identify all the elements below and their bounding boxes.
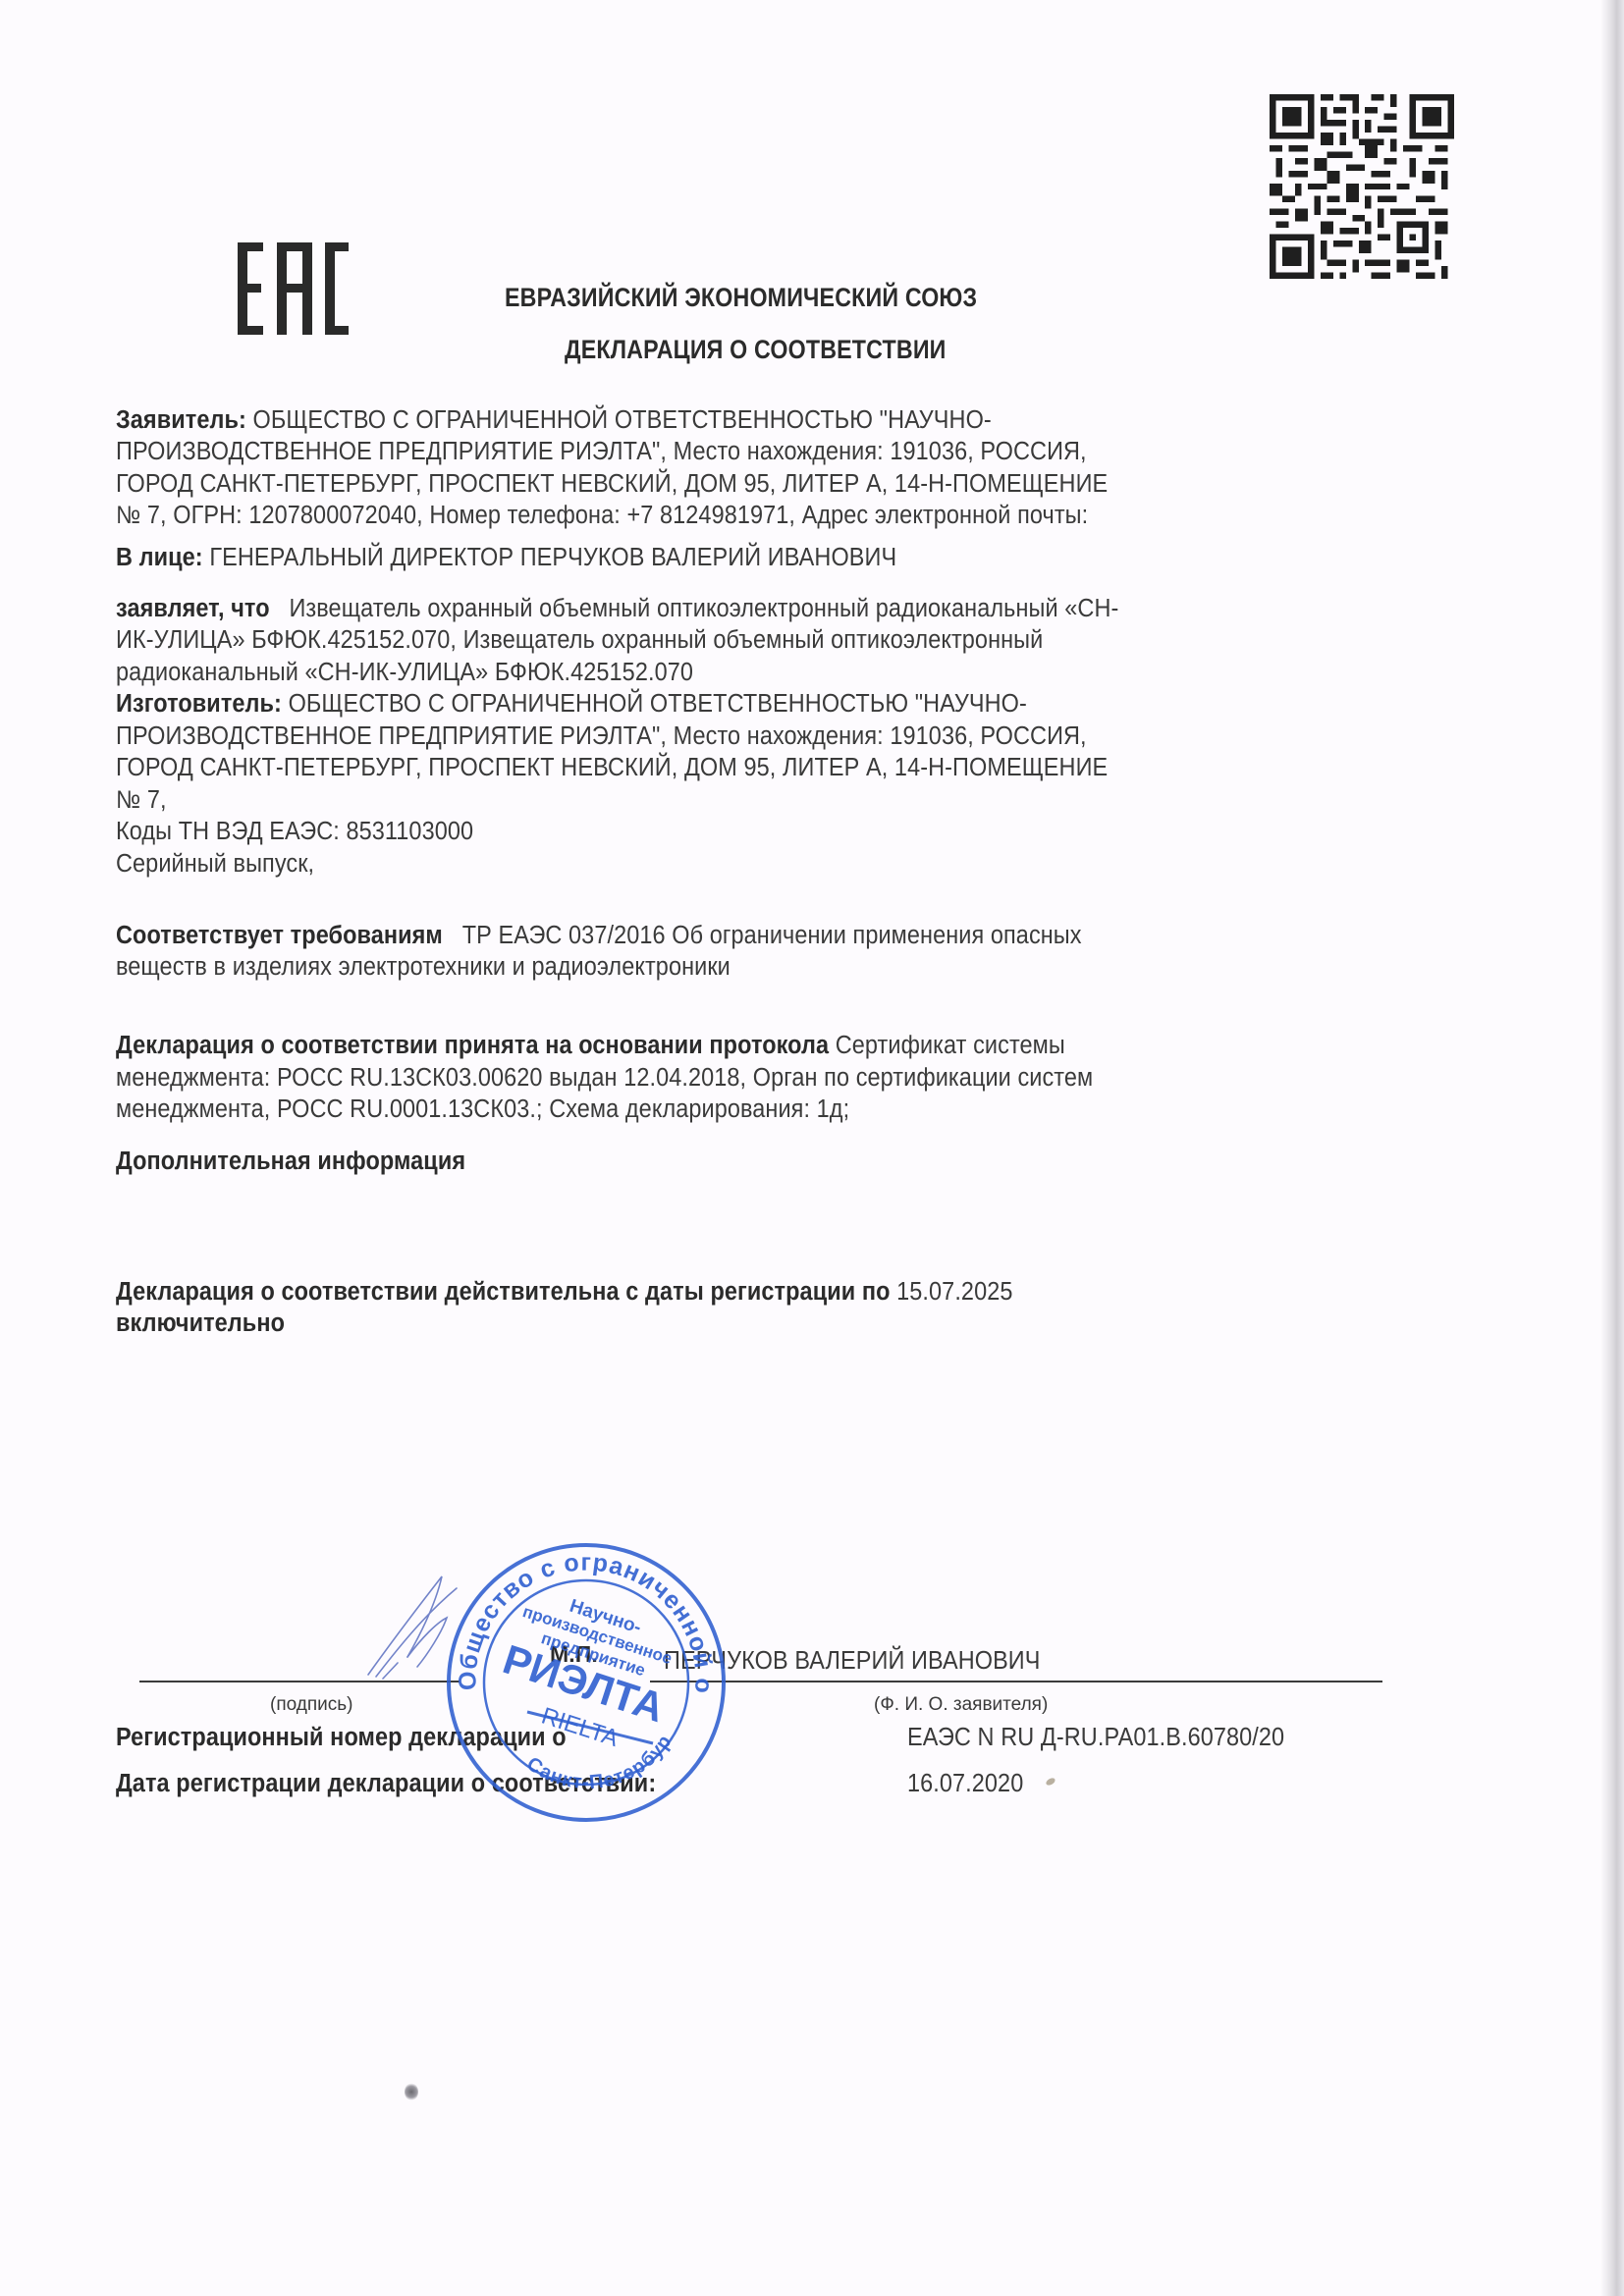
registration-date-value: 16.07.2020 bbox=[907, 1768, 1023, 1799]
validity-suffix: включительно bbox=[116, 1309, 285, 1337]
representative-value: ГЕНЕРАЛЬНЫЙ ДИРЕКТОР ПЕРЧУКОВ ВАЛЕРИЙ ИВ… bbox=[203, 544, 897, 571]
qr-code-icon bbox=[1270, 94, 1454, 279]
basis-line-1: Декларация о соответствии принята на осн… bbox=[116, 1030, 1065, 1061]
production-type: Серийный выпуск, bbox=[116, 848, 314, 880]
name-caption: (Ф. И. О. заявителя) bbox=[874, 1694, 1048, 1716]
manufacturer-line-2: ПРОИЗВОДСТВЕННОЕ ПРЕДПРИЯТИЕ РИЭЛТА", Ме… bbox=[116, 721, 1087, 752]
requirements-label: Соответствует требованиям bbox=[116, 922, 443, 949]
basis-label: Декларация о соответствии принята на осн… bbox=[116, 1032, 829, 1059]
registration-number-value: ЕАЭС N RU Д-RU.РА01.В.60780/20 bbox=[907, 1722, 1284, 1753]
declares-label: заявляет, что bbox=[116, 595, 270, 622]
hs-codes: Коды ТН ВЭД ЕАЭС: 8531103000 bbox=[116, 816, 473, 847]
declares-line-1: заявляет, что Извещатель охранный объемн… bbox=[116, 593, 1118, 624]
applicant-line-3: ГОРОД САНКТ-ПЕТЕРБУРГ, ПРОСПЕКТ НЕВСКИЙ,… bbox=[116, 468, 1108, 500]
applicant-text: ОБЩЕСТВО С ОГРАНИЧЕННОЙ ОТВЕТСТВЕННОСТЬЮ… bbox=[246, 406, 992, 434]
signature-caption: (подпись) bbox=[270, 1694, 352, 1716]
validity-line-1: Декларация о соответствии действительна … bbox=[116, 1276, 1012, 1308]
manufacturer-line-1: Изготовитель: ОБЩЕСТВО С ОГРАНИЧЕННОЙ ОТ… bbox=[116, 688, 1027, 720]
requirements-text: ТР ЕАЭС 037/2016 Об ограничении применен… bbox=[443, 922, 1082, 949]
union-title: ЕВРАЗИЙСКИЙ ЭКОНОМИЧЕСКИЙ СОЮЗ bbox=[505, 283, 977, 313]
scan-smudge bbox=[405, 2083, 418, 2101]
requirements-line-2: веществ в изделиях электротехники и ради… bbox=[116, 951, 731, 983]
applicant-line-1: Заявитель: ОБЩЕСТВО С ОГРАНИЧЕННОЙ ОТВЕТ… bbox=[116, 404, 992, 436]
document-title: ДЕКЛАРАЦИЯ О СООТВЕТСТВИИ bbox=[565, 335, 947, 365]
scan-mark bbox=[1045, 1777, 1056, 1787]
eac-logo-icon bbox=[236, 240, 350, 337]
requirements-line-1: Соответствует требованиям ТР ЕАЭС 037/20… bbox=[116, 920, 1082, 951]
additional-info-heading: Дополнительная информация bbox=[116, 1146, 465, 1177]
manufacturer-label: Изготовитель: bbox=[116, 690, 282, 718]
applicant-line-4: № 7, ОГРН: 1207800072040, Номер телефона… bbox=[116, 500, 1088, 531]
validity-date: 15.07.2025 bbox=[891, 1278, 1013, 1306]
basis-line-2: менеджмента: РОСС RU.13СК03.00620 выдан … bbox=[116, 1062, 1093, 1094]
representative-line: В лице: ГЕНЕРАЛЬНЫЙ ДИРЕКТОР ПЕРЧУКОВ ВА… bbox=[116, 542, 896, 573]
declares-line-2: ИК-УЛИЦА» БФЮК.425152.070, Извещатель ох… bbox=[116, 624, 1043, 656]
declares-line-3: радиоканальный «СН-ИК-УЛИЦА» БФЮК.425152… bbox=[116, 657, 693, 688]
applicant-line-2: ПРОИЗВОДСТВЕННОЕ ПРЕДПРИЯТИЕ РИЭЛТА", Ме… bbox=[116, 436, 1087, 467]
representative-label: В лице: bbox=[116, 544, 203, 571]
basis-text: Сертификат системы bbox=[829, 1032, 1065, 1059]
additional-info-label: Дополнительная информация bbox=[116, 1148, 465, 1175]
validity-label: Декларация о соответствии действительна … bbox=[116, 1278, 891, 1306]
manufacturer-text: ОБЩЕСТВО С ОГРАНИЧЕННОЙ ОТВЕТСТВЕННОСТЬЮ… bbox=[282, 690, 1027, 718]
manufacturer-line-3: ГОРОД САНКТ-ПЕТЕРБУРГ, ПРОСПЕКТ НЕВСКИЙ,… bbox=[116, 752, 1108, 783]
validity-line-2: включительно bbox=[116, 1308, 285, 1339]
name-rule bbox=[650, 1681, 1382, 1682]
basis-line-3: менеджмента, РОСС RU.0001.13СК03.; Схема… bbox=[116, 1094, 849, 1125]
scan-edge-shadow bbox=[1600, 0, 1624, 2296]
manufacturer-line-4: № 7, bbox=[116, 784, 167, 816]
declares-text: Извещатель охранный объемный оптикоэлект… bbox=[270, 595, 1119, 622]
applicant-label: Заявитель: bbox=[116, 406, 246, 434]
company-seal-stamp-icon: Общество с ограниченной ответственностью… bbox=[437, 1533, 736, 1828]
